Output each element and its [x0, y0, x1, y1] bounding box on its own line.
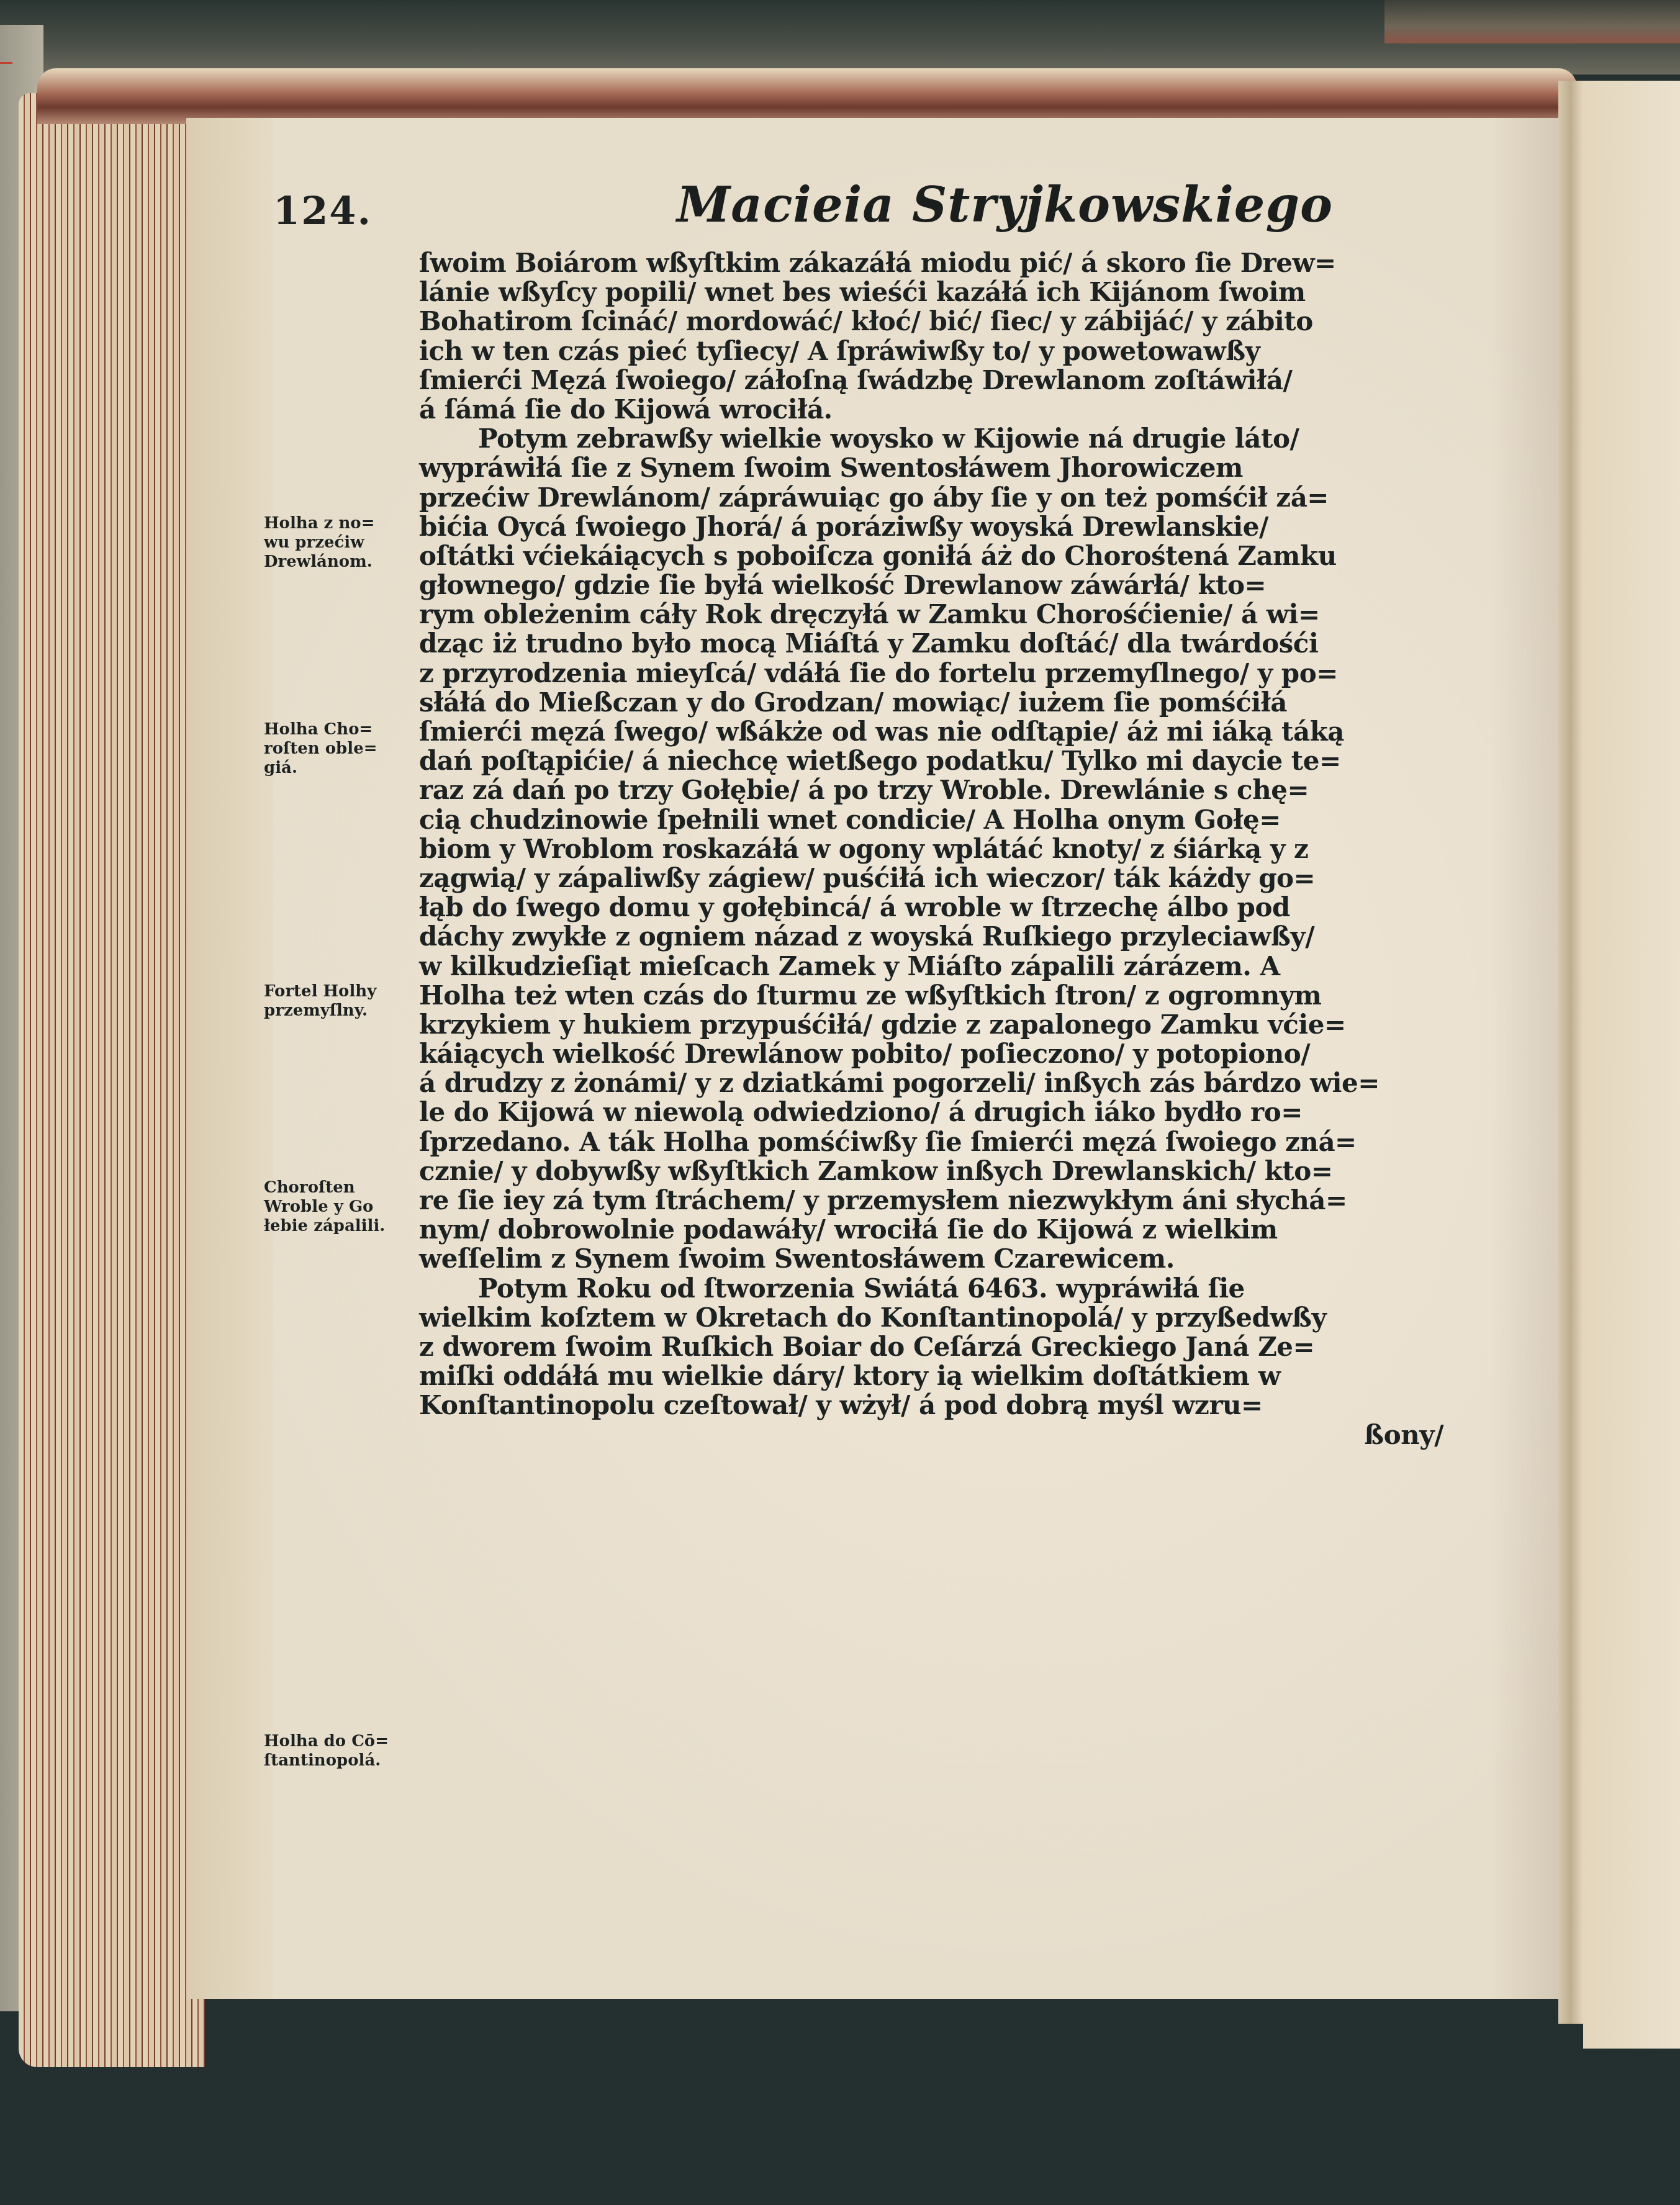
page-edges-left	[19, 93, 205, 2067]
margin-note-line: ſtantinopolá.	[264, 1751, 413, 1770]
paragraph-start-line: Potym Roku od ſtworzenia Swiátá 6463. wy…	[419, 1274, 1443, 1303]
text-line: ſwoim Boiárom wßyſtkim zákazáłá miodu pi…	[419, 248, 1443, 277]
margin-note-line: Holha z no=	[264, 514, 413, 533]
text-line: ſprzedano. A ták Holha pomśćiwßy ſie ſmi…	[419, 1127, 1443, 1157]
margin-note-line: łebie zápalili.	[264, 1217, 413, 1236]
text-line: przećiw Drewlánom/ zápráwuiąc go áby ſie…	[419, 483, 1443, 512]
text-line: Konſtantinopolu czeſtował/ y wżył/ á pod…	[419, 1391, 1443, 1420]
page-edges-top	[37, 68, 1577, 124]
margin-note-constantinople: Holha do Cō= ſtantinopolá.	[264, 1732, 413, 1770]
page-number: 124.	[273, 188, 372, 233]
text-line: ich w ten czás pieć tyſiecy/ A ſpráwiwßy…	[419, 336, 1443, 366]
main-text-block: ſwoim Boiárom wßyſtkim zákazáłá miodu pi…	[419, 248, 1443, 1450]
margin-note-line: Wroble y Go	[264, 1197, 413, 1217]
margin-note-line: Holha do Cō=	[264, 1732, 413, 1751]
text-line: biom y Wroblom roskazáłá w ogony wplátáć…	[419, 834, 1443, 864]
catchword-line: ßony/	[419, 1420, 1443, 1450]
text-line: nym/ dobrowolnie podawáły/ wrociłá ſie d…	[419, 1215, 1443, 1244]
page-left-margin	[186, 118, 273, 1999]
text-line: lánie wßyſcy popili/ wnet bes wieśći kaz…	[419, 277, 1443, 307]
paragraph-start-line: Potym zebrawßy wielkie woysko w Kijowie …	[419, 424, 1443, 453]
margin-note-line: Choroſten	[264, 1178, 413, 1197]
text-line: w kilkudzieſiąt mieſcach Zamek y Miáſto …	[419, 952, 1443, 981]
text-line: wypráwiłá ſie z Synem ſwoim Swentosłáwem…	[419, 453, 1443, 482]
margin-note-stratagem: Fortel Holhy przemyſlny.	[264, 982, 413, 1021]
text-line: rym obleżenim cáły Rok dręczyłá w Zamku …	[419, 600, 1443, 629]
running-head: 124. Macieia Stryjkowskiego	[273, 177, 1453, 245]
text-line: dáchy zwykłe z ogniem názad z woyská Ruſ…	[419, 922, 1443, 951]
running-title: Macieia Stryjkowskiego	[677, 177, 1333, 233]
text-line: dząc iż trudno było mocą Miáſtá y Zamku …	[419, 629, 1443, 658]
margin-note-line: wu przećiw	[264, 533, 413, 552]
text-line: ſmierći Męzá ſwoiego/ záłoſną ſwádzbę Dr…	[419, 366, 1443, 395]
text-line: raz zá dań po trzy Gołębie/ á po trzy Wr…	[419, 775, 1443, 805]
text-line: á ſámá ſie do Kijowá wrociłá.	[419, 395, 1443, 424]
text-line: á drudzy z żonámi/ y z dziatkámi pogorze…	[419, 1068, 1443, 1098]
margin-note-line: przemyſlny.	[264, 1001, 413, 1021]
text-line: Bohatirom ſcináć/ mordowáć/ kłoć/ bić/ ſ…	[419, 307, 1443, 336]
margin-note-line: Holha Cho=	[264, 720, 413, 739]
text-line: łąb do ſwego domu y gołębincá/ á wroble …	[419, 893, 1443, 922]
text-line: oſtátki vćiekáiących s poboiſcza goniłá …	[419, 541, 1443, 570]
text-line: głownego/ gdzie ſie byłá wielkość Drewla…	[419, 570, 1443, 600]
margin-note-birds: Choroſten Wroble y Go łebie zápalili.	[264, 1178, 413, 1236]
margin-note-line: giá.	[264, 759, 413, 778]
text-line: słáłá do Mießczan y do Grodzan/ mowiąc/ …	[419, 688, 1443, 717]
text-line: miſki oddáłá mu wielkie dáry/ ktory ią w…	[419, 1361, 1443, 1391]
book-gutter	[1558, 81, 1583, 2024]
text-line: dań poſtąpićie/ á niechcę wietßego podat…	[419, 746, 1443, 775]
text-line: ſmierći męzá ſwego/ wßákże od was nie od…	[419, 717, 1443, 746]
red-mark	[0, 62, 12, 64]
margin-note-line: roſten oble=	[264, 739, 413, 759]
text-line: weſſelim z Synem ſwoim Swentosłáwem Czar…	[419, 1244, 1443, 1273]
text-line: Holha też wten czás do ſturmu ze wßyſtki…	[419, 981, 1443, 1010]
text-line: bićia Oycá ſwoiego Jhorá/ á poráziwßy wo…	[419, 512, 1443, 541]
text-line: le do Kijowá w niewolą odwiedziono/ á dr…	[419, 1098, 1443, 1127]
margin-note-siege: Holha Cho= roſten oble= giá.	[264, 720, 413, 778]
facing-page-edge	[1583, 81, 1680, 2049]
text-line: z dworem ſwoim Ruſkich Boiar do Ceſárzá …	[419, 1332, 1443, 1361]
text-line: cznie/ y dobywßy wßyſtkich Zamkow inßych…	[419, 1157, 1443, 1186]
text-line: z przyrodzenia mieyſcá/ vdáłá ſie do for…	[419, 659, 1443, 688]
margin-note-line: Drewlánom.	[264, 552, 413, 572]
margin-note-line: Fortel Holhy	[264, 982, 413, 1001]
text-line: re ſie iey zá tym ſtráchem/ y przemysłem…	[419, 1186, 1443, 1215]
text-line: zągwią/ y zápaliwßy zágiew/ puśćiłá ich …	[419, 864, 1443, 893]
book-headband	[1384, 0, 1680, 43]
margin-note-holha-war: Holha z no= wu przećiw Drewlánom.	[264, 514, 413, 572]
text-line: krzykiem y hukiem przypuśćiłá/ gdzie z z…	[419, 1010, 1443, 1039]
text-line: cią chudzinowie ſpełnili wnet condicie/ …	[419, 805, 1443, 834]
text-line: káiących wielkość Drewlánow pobito/ poſi…	[419, 1039, 1443, 1068]
text-line: wielkim koſztem w Okretach do Konſtantin…	[419, 1303, 1443, 1332]
